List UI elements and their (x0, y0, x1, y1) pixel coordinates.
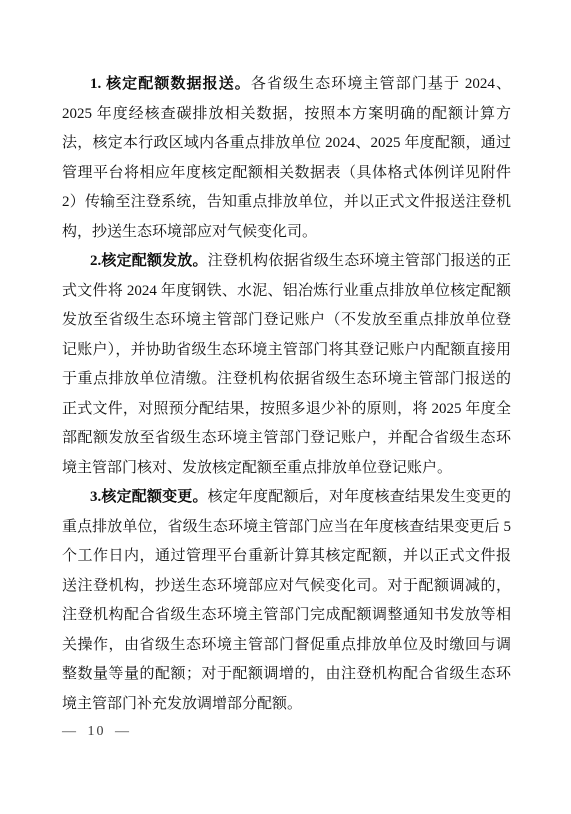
paragraph-quota-issuance: 2.核定配额发放。注登机构依据省级生态环境主管部门报送的正式文件将 2024 年… (62, 247, 511, 483)
page-footer: — 10 — (62, 723, 131, 741)
page-number: — 10 — (62, 724, 131, 739)
paragraph-quota-change: 3.核定配额变更。核定年度配额后，对年度核查结果发生变更的重点排放单位，省级生态… (62, 483, 511, 719)
paragraph-3-heading: 3.核定配额变更。 (90, 489, 208, 505)
paragraph-1-heading: 1. 核定配额数据报送。 (90, 76, 251, 92)
paragraph-2-heading: 2.核定配额发放。 (90, 253, 208, 269)
paragraph-1-text: 各省级生态环境主管部门基于 2024、2025 年度经核查碳排放相关数据，按照本… (62, 76, 511, 240)
paragraph-2-text: 注登机构依据省级生态环境主管部门报送的正式文件将 2024 年度钢铁、水泥、铝冶… (62, 253, 511, 476)
document-body: 1. 核定配额数据报送。各省级生态环境主管部门基于 2024、2025 年度经核… (62, 70, 511, 719)
paragraph-3-text: 核定年度配额后，对年度核查结果发生变更的重点排放单位，省级生态环境主管部门应当在… (62, 489, 511, 712)
document-page: 1. 核定配额数据报送。各省级生态环境主管部门基于 2024、2025 年度经核… (0, 0, 571, 814)
paragraph-quota-data-reporting: 1. 核定配额数据报送。各省级生态环境主管部门基于 2024、2025 年度经核… (62, 70, 511, 247)
